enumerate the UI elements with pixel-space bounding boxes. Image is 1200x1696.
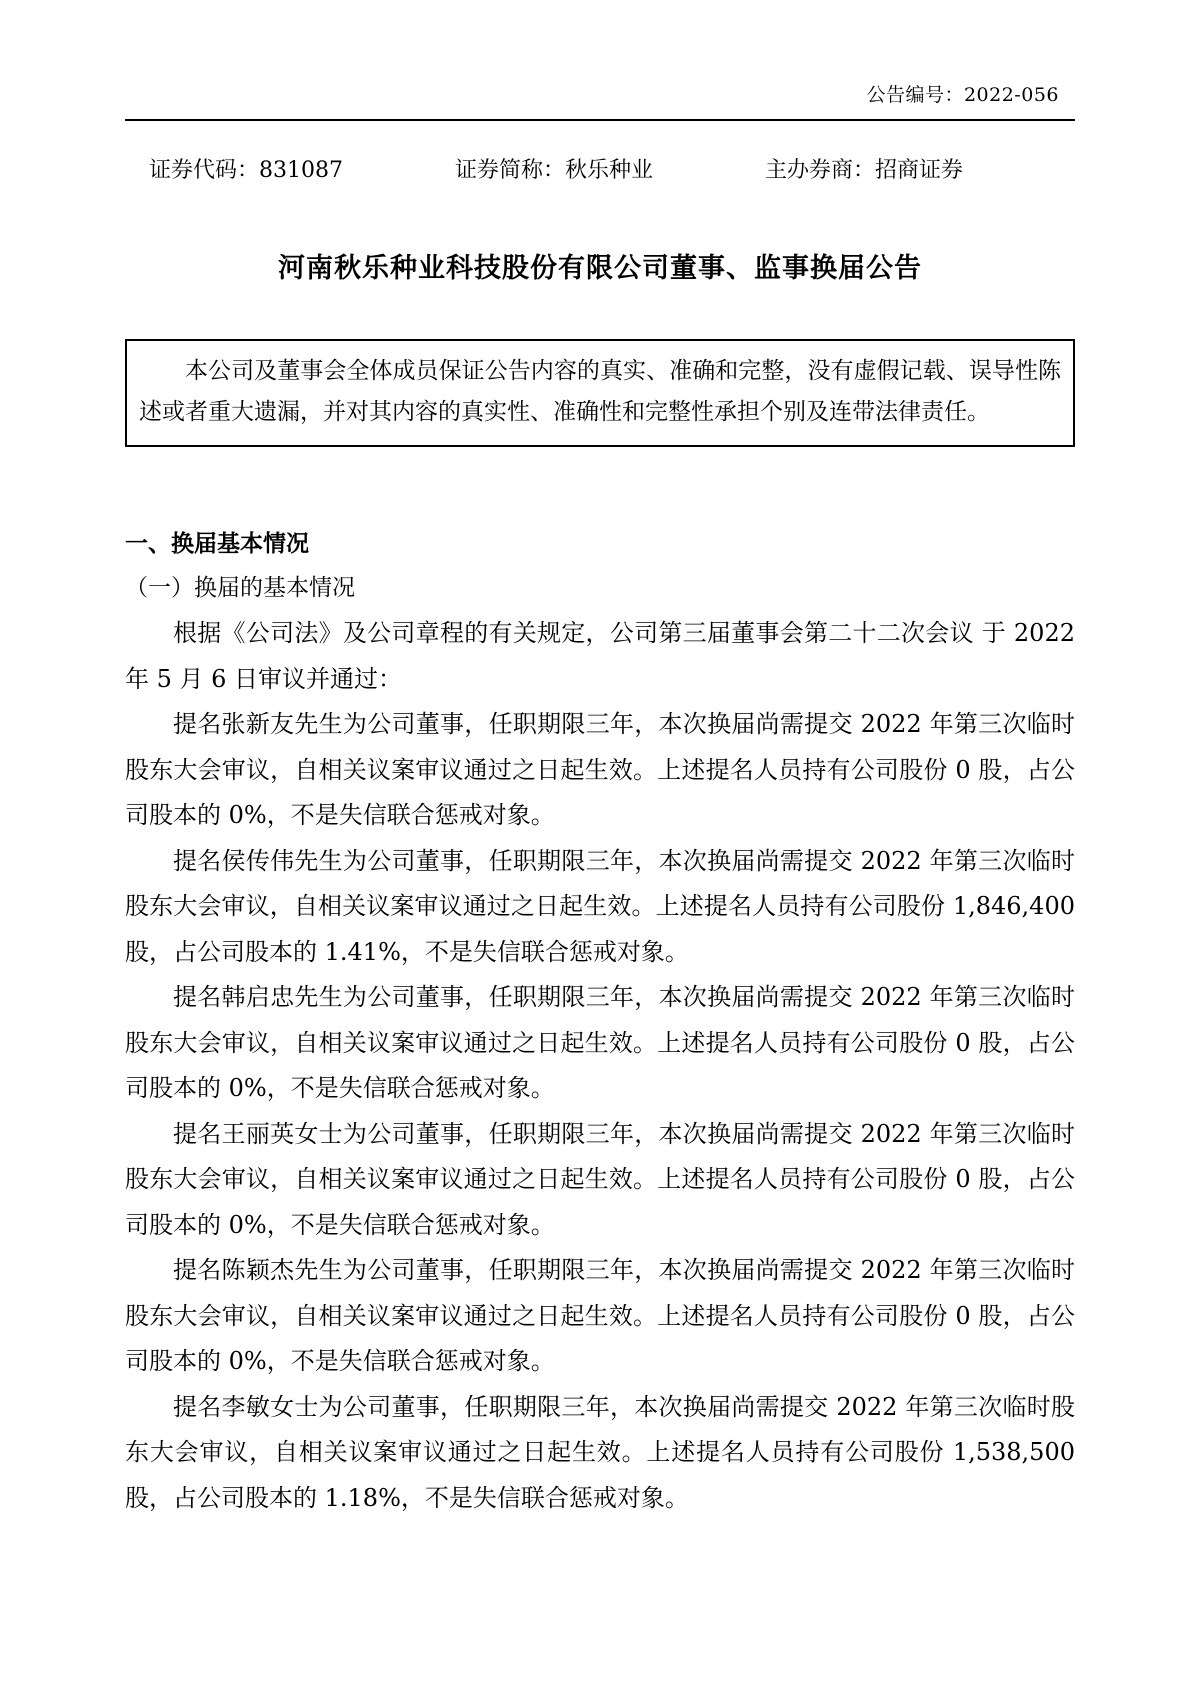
announcement-page: 公告编号：2022-056 证券代码：831087 证券简称：秋乐种业 主办券商… xyxy=(0,0,1200,1696)
securities-info-bar: 证券代码：831087 证券简称：秋乐种业 主办券商：招商证券 xyxy=(125,153,1075,184)
page-title: 河南秋乐种业科技股份有限公司董事、监事换届公告 xyxy=(125,246,1075,285)
sponsor-broker: 主办券商：招商证券 xyxy=(765,153,963,184)
section-heading: 一、换届基本情况 xyxy=(125,521,1075,566)
paragraph-nominee-hanqizhong: 提名韩启忠先生为公司董事，任职期限三年，本次换届尚需提交 2022 年第三次临时… xyxy=(125,975,1075,1112)
paragraph-basis: 根据《公司法》及公司章程的有关规定，公司第三届董事会第二十二次会议 于 2022… xyxy=(125,611,1075,702)
paragraph-nominee-houchuanwei: 提名侯传伟先生为公司董事，任职期限三年，本次换届尚需提交 2022 年第三次临时… xyxy=(125,839,1075,976)
paragraph-nominee-zhangxinyou: 提名张新友先生为公司董事，任职期限三年，本次换届尚需提交 2022 年第三次临时… xyxy=(125,702,1075,839)
securities-short-name: 证券简称：秋乐种业 xyxy=(455,153,653,184)
disclaimer-text: 本公司及董事会全体成员保证公告内容的真实、准确和完整，没有虚假记载、误导性陈述或… xyxy=(139,351,1061,433)
section-subheading: （一）换届的基本情况 xyxy=(125,566,1075,611)
securities-code: 证券代码：831087 xyxy=(149,153,343,184)
announcement-number: 公告编号：2022-056 xyxy=(125,0,1075,107)
disclaimer-box: 本公司及董事会全体成员保证公告内容的真实、准确和完整，没有虚假记载、误导性陈述或… xyxy=(125,339,1075,447)
paragraph-nominee-chenyingjie: 提名陈颖杰先生为公司董事，任职期限三年，本次换届尚需提交 2022 年第三次临时… xyxy=(125,1248,1075,1385)
paragraph-nominee-wangliying: 提名王丽英女士为公司董事，任职期限三年，本次换届尚需提交 2022 年第三次临时… xyxy=(125,1112,1075,1249)
paragraph-nominee-limin: 提名李敏女士为公司董事，任职期限三年，本次换届尚需提交 2022 年第三次临时股… xyxy=(125,1385,1075,1522)
header-divider xyxy=(125,119,1075,121)
